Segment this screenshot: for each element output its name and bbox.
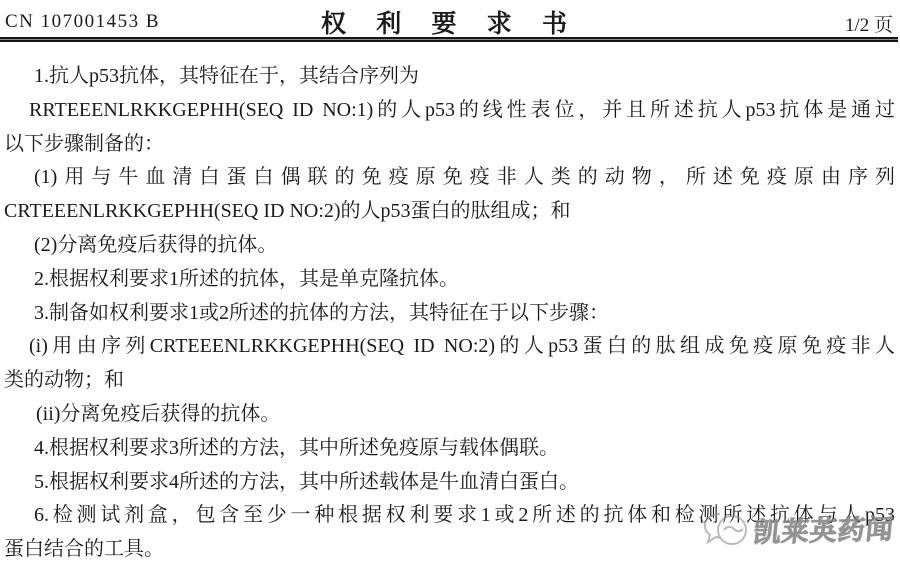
header-divider-rule [0, 37, 898, 42]
claim-line: 蛋白结合的工具。 [4, 533, 895, 567]
claim-line: (2)分离免疫后获得的抗体。 [4, 229, 895, 263]
patent-claims-page: CN 107001453 B 权 利 要 求 书 1/2 页 1.抗人p53抗体… [0, 0, 900, 569]
claim-line: CRTEEENLRKKGEPHH(SEQ ID NO:2)的人p53蛋白的肽组成… [4, 195, 895, 229]
claim-line: (1)用与牛血清白蛋白偶联的免疫原免疫非人类的动物，所述免疫原由序列 [4, 161, 895, 195]
claim-line: (i)用由序列CRTEEENLRKKGEPHH(SEQ ID NO:2)的人p5… [4, 330, 895, 364]
claim-line: 2.根据权利要求1所述的抗体，其是单克隆抗体。 [4, 263, 895, 297]
claim-line: 类的动物；和 [4, 364, 895, 398]
claim-line: 以下步骤制备的： [4, 128, 895, 162]
claim-line: RRTEEENLRKKGEPHH(SEQ ID NO:1)的人p53的线性表位，… [4, 94, 895, 128]
claim-line: 3.制备如权利要求1或2所述的抗体的方法，其特征在于以下步骤： [4, 297, 895, 331]
claim-line: 5.根据权利要求4所述的方法，其中所述载体是牛血清白蛋白。 [4, 466, 895, 500]
claim-line: 6.检测试剂盒，包含至少一种根据权利要求1或2所述的抗体和检测所述抗体与人p53 [4, 499, 895, 533]
claim-line: 1.抗人p53抗体，其特征在于，其结合序列为 [4, 60, 895, 94]
page-title: 权 利 要 求 书 [0, 4, 900, 40]
page-indicator: 1/2 页 [845, 10, 893, 37]
claim-line: 4.根据权利要求3所述的方法，其中所述免疫原与载体偶联。 [4, 432, 895, 466]
claims-body: 1.抗人p53抗体，其特征在于，其结合序列为RRTEEENLRKKGEPHH(S… [4, 60, 895, 567]
claim-line: (ii)分离免疫后获得的抗体。 [4, 398, 895, 432]
